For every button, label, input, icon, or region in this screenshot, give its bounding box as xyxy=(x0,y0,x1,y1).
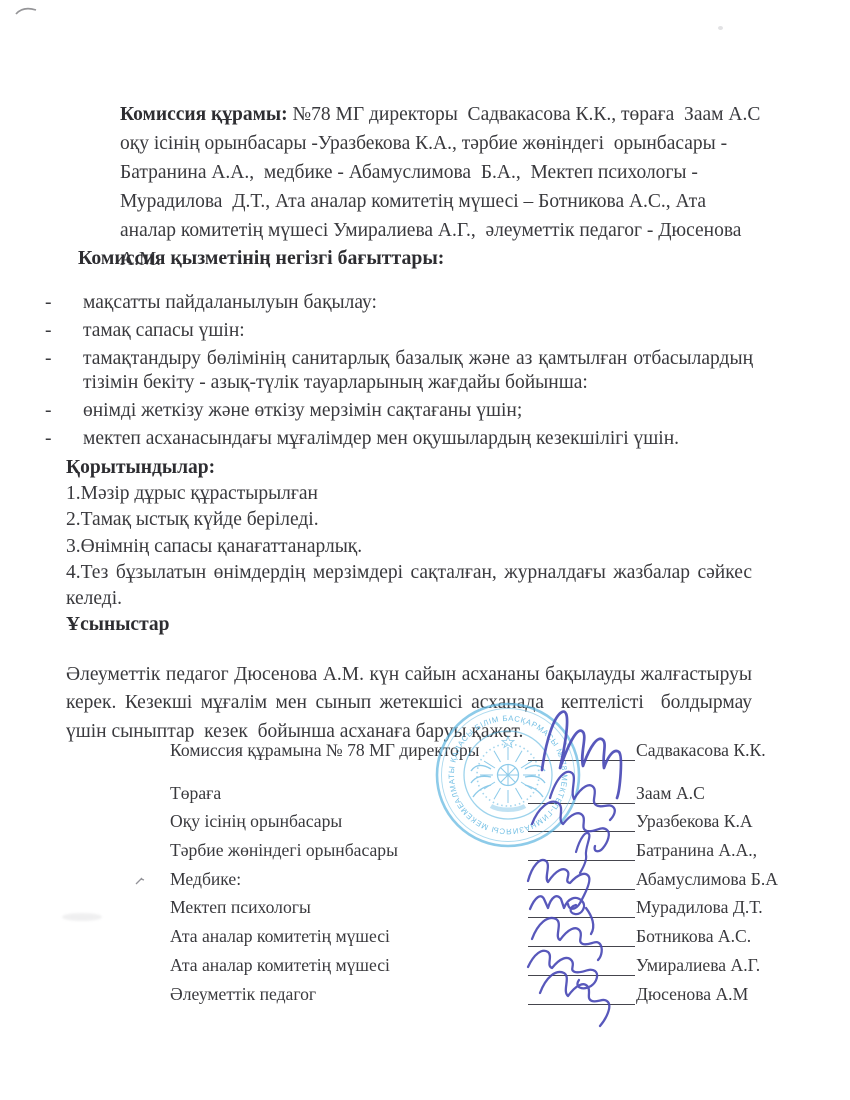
signature-line xyxy=(528,975,635,976)
list-dash-marker: - xyxy=(45,427,83,452)
direction-item: -өнімді жеткізу және өткізу мерзімін сақ… xyxy=(45,399,753,424)
conclusions-items: 1.Мәзір дұрыс құрастырылған2.Тамақ ыстық… xyxy=(66,481,752,612)
signature-role-label: Әлеуметтік педагог xyxy=(170,984,316,1005)
signature-person-name: Уразбекова К.А xyxy=(636,811,753,832)
direction-item: -мақсатты пайдаланылуын бақылау: xyxy=(45,291,753,316)
list-dash-marker: - xyxy=(45,399,83,424)
scan-artifact-smudge xyxy=(62,913,102,921)
direction-item-text: тамақтандыру бөлімінің санитарлық базалы… xyxy=(83,347,753,397)
conclusions-heading: Қорытындылар: xyxy=(66,455,752,481)
pen-tick-mark xyxy=(134,875,146,887)
signature-person-name: Садвакасова К.К. xyxy=(636,740,766,761)
stamp-emblem xyxy=(471,736,545,810)
scan-artifact-corner xyxy=(14,4,40,18)
signature-role-label: Ата аналар комитетің мүшесі xyxy=(170,955,390,976)
conclusions-section: Қорытындылар: 1.Мәзір дұрыс құрастырылға… xyxy=(66,455,752,638)
signature-person-name: Дюсенова А.М xyxy=(636,984,748,1005)
direction-item-text: тамақ сапасы үшін: xyxy=(83,319,753,344)
signature-row: Әлеуметтік педагогДюсенова А.М xyxy=(170,984,790,1013)
direction-item: -тамақтандыру бөлімінің санитарлық базал… xyxy=(45,347,753,397)
signature-row: Мектеп психологыМурадилова Д.Т. xyxy=(170,897,790,926)
round-stamp: АЛМАТЫ ҚАЛАСЫ БІЛІМ БАСҚАРМАСЫ № 78 МЕКТ… xyxy=(433,700,583,850)
directions-list: -мақсатты пайдаланылуын бақылау:-тамақ с… xyxy=(45,291,753,455)
signature-line xyxy=(528,860,635,861)
direction-item-text: өнімді жеткізу және өткізу мерзімін сақт… xyxy=(83,399,753,424)
signature-role-label: Төраға xyxy=(170,783,221,804)
signature-person-name: Умиралиева А.Г. xyxy=(636,955,760,976)
signature-line xyxy=(528,1004,635,1005)
signature-person-name: Батранина А.А., xyxy=(636,840,757,861)
conclusion-item: 1.Мәзір дұрыс құрастырылған xyxy=(66,481,752,507)
signature-line xyxy=(528,889,635,890)
directions-heading: Комиссия қызметінің негізгі бағыттары: xyxy=(78,247,444,270)
list-dash-marker: - xyxy=(45,347,83,397)
signature-line xyxy=(528,917,635,918)
conclusion-item: 3.Өнімнің сапасы қанағаттанарлық. xyxy=(66,534,752,560)
signature-role-label: Тәрбие жөніндегі орынбасары xyxy=(170,840,398,861)
signature-row: Ата аналар комитетің мүшесіБотникова А.С… xyxy=(170,926,790,955)
suggestions-paragraph: Әлеуметтік педагог Дюсенова А.М. күн сай… xyxy=(66,661,752,747)
signature-role-label: Ата аналар комитетің мүшесі xyxy=(170,926,390,947)
conclusion-item: 2.Тамақ ыстық күйде беріледі. xyxy=(66,507,752,533)
direction-item-text: мектеп асханасындағы мұғалімдер мен оқуш… xyxy=(83,427,753,452)
signature-role-label: Оқу ісінің орынбасары xyxy=(170,811,342,832)
direction-item: -мектеп асханасындағы мұғалімдер мен оқу… xyxy=(45,427,753,452)
signature-line xyxy=(528,946,635,947)
scan-artifact-dot xyxy=(718,26,723,30)
signature-person-name: Мурадилова Д.Т. xyxy=(636,897,763,918)
direction-item-text: мақсатты пайдаланылуын бақылау: xyxy=(83,291,753,316)
signature-role-label: Медбике: xyxy=(170,869,241,890)
direction-item: -тамақ сапасы үшін: xyxy=(45,319,753,344)
conclusion-item: 4.Тез бұзылатын өнімдердің мерзімдері са… xyxy=(66,560,752,612)
list-dash-marker: - xyxy=(45,319,83,344)
signature-row: Ата аналар комитетің мүшесіУмиралиева А.… xyxy=(170,955,790,984)
commission-composition-label: Комиссия құрамы: xyxy=(120,104,288,125)
signature-person-name: Заам А.С xyxy=(636,783,705,804)
commission-composition-text: №78 МГ директоры Садвакасова К.К., төрағ… xyxy=(120,104,760,270)
suggestions-heading: Ұсыныстар xyxy=(66,612,752,638)
list-dash-marker: - xyxy=(45,291,83,316)
signature-person-name: Абамуслимова Б.А xyxy=(636,869,778,890)
signature-row: Медбике:Абамуслимова Б.А xyxy=(170,869,790,898)
scanned-document-page: Комиссия құрамы: №78 МГ директоры Садвак… xyxy=(0,0,850,1100)
signature-role-label: Мектеп психологы xyxy=(170,897,311,918)
signature-person-name: Ботникова А.С. xyxy=(636,926,751,947)
